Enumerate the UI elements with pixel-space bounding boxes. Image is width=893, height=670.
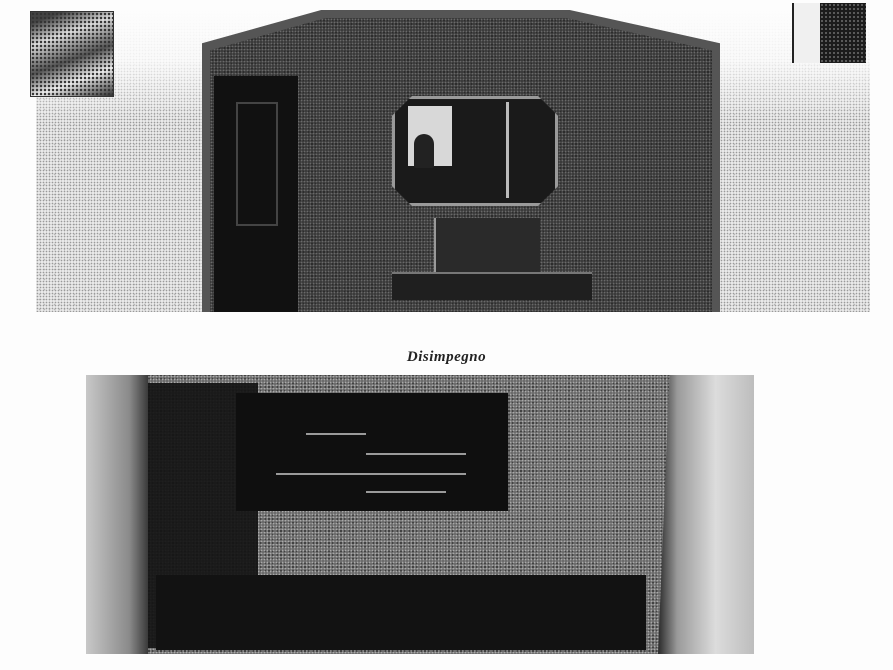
thumbnail-top-left [30, 11, 114, 97]
blind-slat [306, 433, 366, 435]
bed [156, 575, 646, 650]
blind-slat [366, 491, 446, 493]
photo-caption: Disimpegno [0, 349, 893, 366]
thumbnail-dark-area [820, 3, 866, 63]
door-jamb-right [658, 375, 754, 654]
door-jamb-left [86, 375, 148, 654]
blind-slat [276, 473, 466, 475]
window-with-blinds [236, 393, 508, 511]
sink [434, 218, 540, 278]
mirror-edge [506, 102, 509, 198]
counter [392, 272, 592, 300]
thumbnail-top-right [792, 3, 866, 63]
mirror-reflection-figure [414, 134, 434, 168]
photo-bottom [86, 375, 754, 654]
photo-top [36, 10, 870, 312]
door-panel [236, 102, 278, 226]
blind-slat [366, 453, 466, 455]
